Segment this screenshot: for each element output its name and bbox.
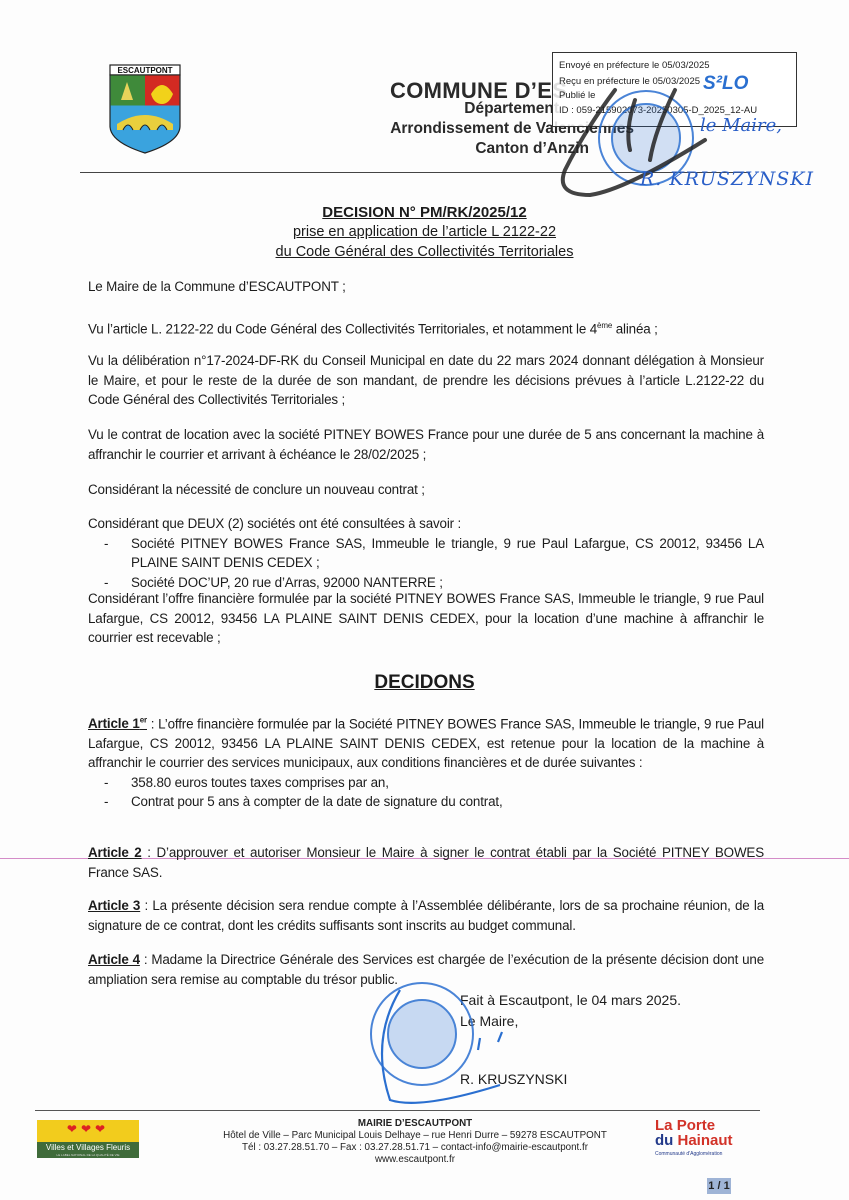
article-3: Article 3 : La présente décision sera re…	[88, 896, 764, 935]
villes-villages-fleuris-logo: ❤❤❤ Villes et Villages Fleuris LE LABEL …	[37, 1120, 139, 1158]
superscript: ème	[597, 321, 612, 330]
handwritten-le-maire: le Maire,	[700, 115, 782, 136]
article-1: Article 1er : L’offre financière formulé…	[88, 711, 764, 812]
page-number: 1 / 1	[707, 1178, 731, 1194]
footer-address: Hôtel de Ville – Parc Municipal Louis De…	[180, 1130, 650, 1142]
article-2-text: : D’approuver et autoriser Monsieur le M…	[88, 845, 764, 880]
article-1-bullet: 358.80 euros toutes taxes comprises par …	[88, 773, 764, 793]
footer-address-block: MAIRIE D’ESCAUTPONT Hôtel de Ville – Par…	[180, 1118, 650, 1166]
handwritten-name: R. KRUSZYNSKI	[640, 168, 814, 190]
article-1-label: Article 1er	[88, 716, 147, 731]
decision-title: DECISION N° PM/RK/2025/12	[0, 204, 849, 221]
la-porte-du-hainaut-sub: Communauté d'Agglomération	[655, 1151, 765, 1157]
preamble-vu-article-end: alinéa ;	[612, 321, 658, 336]
preamble-offre: Considérant l’offre financière formulée …	[88, 589, 764, 648]
prefecture-sent-date: Envoyé en préfecture le 05/03/2025	[559, 56, 790, 75]
la-porte-du-hainaut-logo: La Porte du Hainaut Communauté d'Agglomé…	[655, 1118, 765, 1157]
preamble-vu-article-text: Vu l’article L. 2122-22 du Code Général …	[88, 321, 597, 336]
footer-org: MAIRIE D’ESCAUTPONT	[180, 1118, 650, 1130]
decidons-heading: DECIDONS	[0, 672, 849, 694]
preamble-deliberation: Vu la délibération n°17-2024-DF-RK du Co…	[88, 351, 764, 410]
decision-subtitle-1: prise en application de l’article L 2122…	[0, 224, 849, 240]
signature-scribble-bottom	[360, 970, 560, 1120]
preamble-vu-article: Vu l’article L. 2122-22 du Code Général …	[88, 316, 764, 339]
svg-text:ESCAUTPONT: ESCAUTPONT	[117, 66, 172, 75]
footer-contact: Tél : 03.27.28.51.70 – Fax : 03.27.28.51…	[180, 1142, 650, 1154]
footer-website[interactable]: www.escautpont.fr	[180, 1154, 650, 1166]
article-2-label: Article 2	[88, 845, 142, 860]
signature-scribble-top	[555, 80, 765, 210]
article-3-text: : La présente décision sera rendue compt…	[88, 898, 764, 933]
vvf-sub: LE LABEL NATIONAL DE LA QUALITÉ DE VIE	[37, 1153, 139, 1157]
escautpont-crest-logo: ESCAUTPONT	[107, 64, 183, 154]
article-1-bullet: Contrat pour 5 ans à compter de la date …	[88, 792, 764, 812]
departement-line: Département	[464, 100, 559, 118]
preamble-consultees-text: Considérant que DEUX (2) sociétés ont ét…	[88, 514, 764, 534]
preamble-consultees: Considérant que DEUX (2) sociétés ont ét…	[88, 514, 764, 592]
article-2: Article 2 : D’approuver et autoriser Mon…	[88, 843, 764, 882]
decision-subtitle-2: du Code Général des Collectivités Territ…	[0, 244, 849, 260]
preamble-maire: Le Maire de la Commune d’ESCAUTPONT ;	[88, 277, 764, 297]
article-4-label: Article 4	[88, 952, 140, 967]
article-3-label: Article 3	[88, 898, 140, 913]
company-item: Société PITNEY BOWES France SAS, Immeubl…	[88, 534, 764, 573]
flower-icon: ❤❤❤	[37, 1122, 139, 1136]
footer-divider	[35, 1110, 760, 1111]
preamble-necessite: Considérant la nécessité de conclure un …	[88, 480, 764, 500]
article-1-text: : L’offre financière formulée par la Soc…	[88, 716, 764, 770]
preamble-contrat: Vu le contrat de location avec la sociét…	[88, 425, 764, 464]
